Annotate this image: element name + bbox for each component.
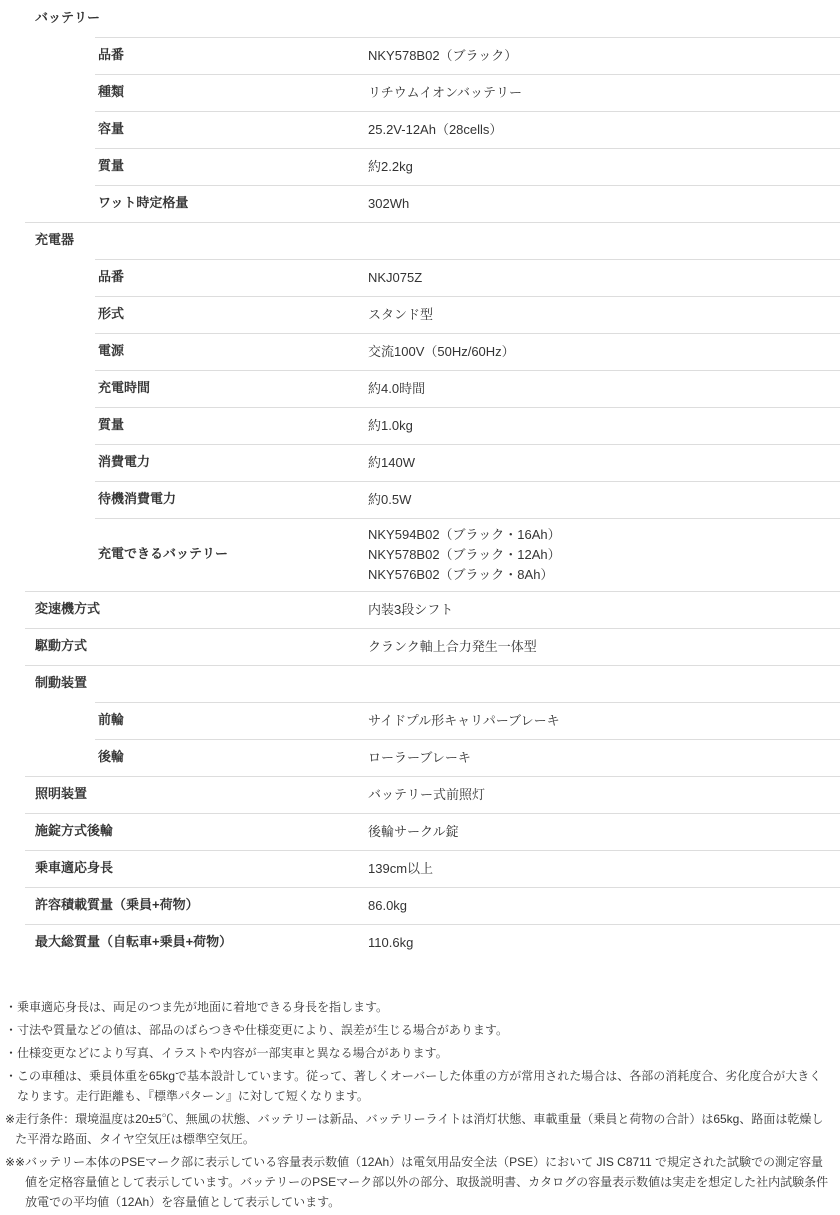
spec-value-line: NKY578B02（ブラック・12Ah） [368, 545, 828, 565]
row-rear-brake: 後輪 ローラーブレーキ [0, 739, 840, 776]
row-gear-shift-system: 変速機方式 内装3段シフト [0, 591, 840, 628]
spec-value: 139cm以上 [368, 859, 840, 879]
row-chargeable-batteries: 充電できるバッテリー NKY594B02（ブラック・16Ah） NKY578B0… [0, 518, 840, 591]
spec-label: 種類 [0, 83, 368, 102]
footnote-text: 寸法や質量などの値は、部品のばらつきや仕様変更により、誤差が生じる場合があります… [17, 1020, 832, 1040]
spec-value: 後輪サークル錠 [368, 822, 840, 842]
spec-value: クランク軸上合力発生一体型 [368, 637, 840, 657]
reference-marker: ※※ [5, 1152, 25, 1212]
spec-value: ローラーブレーキ [368, 748, 840, 768]
row-battery-type: 種類 リチウムイオンバッテリー [0, 74, 840, 111]
spec-label: 前輪 [0, 711, 368, 730]
bullet-marker: ・ [5, 1020, 17, 1040]
spec-label: 形式 [0, 305, 368, 324]
spec-value: 交流100V（50Hz/60Hz） [368, 342, 840, 362]
spec-value: バッテリー式前照灯 [368, 785, 840, 805]
spec-label: ワット時定格量 [0, 194, 368, 213]
row-rider-height: 乗車適応身長 139cm以上 [0, 850, 840, 887]
section-label-charger: 充電器 [0, 231, 368, 250]
row-lighting: 照明装置 バッテリー式前照灯 [0, 776, 840, 813]
footnote-design-weight: ・ この車種は、乗員体重を65kgで基本設計しています。従って、著しくオーバーし… [5, 1066, 832, 1106]
row-lock-system-rear-wheel: 施錠方式後輪 後輪サークル錠 [0, 813, 840, 850]
spec-value: NKJ075Z [368, 268, 840, 288]
section-brakes: 制動装置 [0, 665, 840, 702]
row-battery-weight: 質量 約2.2kg [0, 148, 840, 185]
spec-value: 約4.0時間 [368, 379, 840, 399]
spec-value: サイドプル形キャリパーブレーキ [368, 711, 840, 731]
footnotes: ・ 乗車適応身長は、両足のつま先が地面に着地できる身長を指します。 ・ 寸法や質… [0, 997, 840, 1212]
spec-label: 品番 [0, 46, 368, 65]
reference-marker: ※ [5, 1109, 15, 1149]
spec-value: 約1.0kg [368, 416, 840, 436]
spec-label: 電源 [0, 342, 368, 361]
footnote-driving-conditions: ※ 走行条件：環境温度は20±5℃、無風の状態、バッテリーは新品、バッテリーライ… [5, 1109, 832, 1149]
footnote-text: 仕様変更などにより写真、イラストや内容が一部実車と異なる場合があります。 [17, 1043, 832, 1063]
footnote-text: 走行条件：環境温度は20±5℃、無風の状態、バッテリーは新品、バッテリーライトは… [15, 1109, 832, 1149]
bullet-marker: ・ [5, 1066, 17, 1106]
row-charging-time: 充電時間 約4.0時間 [0, 370, 840, 407]
spec-label: 消費電力 [0, 453, 368, 472]
row-battery-model-number: 品番 NKY578B02（ブラック） [0, 37, 840, 74]
spec-label: 充電時間 [0, 379, 368, 398]
spec-label: 容量 [0, 120, 368, 139]
section-label-brakes: 制動装置 [0, 674, 368, 693]
spec-value: 110.6kg [368, 933, 840, 953]
spec-label: 品番 [0, 268, 368, 287]
spec-value: NKY594B02（ブラック・16Ah） NKY578B02（ブラック・12Ah… [368, 525, 840, 585]
spec-value: 約140W [368, 453, 840, 473]
row-front-brake: 前輪 サイドプル形キャリパーブレーキ [0, 702, 840, 739]
spec-value: 約2.2kg [368, 157, 840, 177]
footnote-text: バッテリー本体のPSEマーク部に表示している容量表示数値（12Ah）は電気用品安… [25, 1152, 832, 1212]
bullet-marker: ・ [5, 1043, 17, 1063]
spec-value: リチウムイオンバッテリー [368, 83, 840, 103]
footnote-rider-height: ・ 乗車適応身長は、両足のつま先が地面に着地できる身長を指します。 [5, 997, 832, 1017]
spec-label: 質量 [0, 416, 368, 435]
section-battery: バッテリー [0, 0, 840, 37]
bullet-marker: ・ [5, 997, 17, 1017]
spec-value: スタンド型 [368, 305, 840, 325]
row-standby-power-consumption: 待機消費電力 約0.5W [0, 481, 840, 518]
footnote-dimension-tolerance: ・ 寸法や質量などの値は、部品のばらつきや仕様変更により、誤差が生じる場合があり… [5, 1020, 832, 1040]
spec-label: 駆動方式 [0, 637, 368, 656]
spec-value: 約0.5W [368, 490, 840, 510]
section-charger: 充電器 [0, 222, 840, 259]
spec-label: 充電できるバッテリー [0, 545, 368, 564]
spec-label: 照明装置 [0, 785, 368, 804]
footnote-text: この車種は、乗員体重を65kgで基本設計しています。従って、著しくオーバーした体… [17, 1066, 832, 1106]
spec-value: 302Wh [368, 194, 840, 214]
spec-label: 変速機方式 [0, 600, 368, 619]
footnote-spec-changes: ・ 仕様変更などにより写真、イラストや内容が一部実車と異なる場合があります。 [5, 1043, 832, 1063]
row-battery-capacity: 容量 25.2V-12Ah（28cells） [0, 111, 840, 148]
spec-value-line: NKY576B02（ブラック・8Ah） [368, 565, 828, 585]
row-charger-power-source: 電源 交流100V（50Hz/60Hz） [0, 333, 840, 370]
row-max-load: 許容積載質量（乗員+荷物） 86.0kg [0, 887, 840, 924]
row-charger-weight: 質量 約1.0kg [0, 407, 840, 444]
footnote-text: 乗車適応身長は、両足のつま先が地面に着地できる身長を指します。 [17, 997, 832, 1017]
spec-value: 内装3段シフト [368, 600, 840, 620]
spec-label: 最大総質量（自転車+乗員+荷物） [0, 933, 368, 952]
footnote-pse-capacity: ※※ バッテリー本体のPSEマーク部に表示している容量表示数値（12Ah）は電気… [5, 1152, 832, 1212]
spec-label: 待機消費電力 [0, 490, 368, 509]
spec-label: 施錠方式後輪 [0, 822, 368, 841]
spec-label: 乗車適応身長 [0, 859, 368, 878]
row-drive-system: 駆動方式 クランク軸上合力発生一体型 [0, 628, 840, 665]
spec-label: 許容積載質量（乗員+荷物） [0, 896, 368, 915]
row-battery-watt-hour-rating: ワット時定格量 302Wh [0, 185, 840, 222]
spec-label: 質量 [0, 157, 368, 176]
spec-value: NKY578B02（ブラック） [368, 46, 840, 66]
row-max-total-weight: 最大総質量（自転車+乗員+荷物） 110.6kg [0, 924, 840, 961]
spec-value-line: NKY594B02（ブラック・16Ah） [368, 525, 828, 545]
row-power-consumption: 消費電力 約140W [0, 444, 840, 481]
spec-label: 後輪 [0, 748, 368, 767]
row-charger-model-number: 品番 NKJ075Z [0, 259, 840, 296]
spec-value: 86.0kg [368, 896, 840, 916]
section-label-battery: バッテリー [0, 9, 368, 28]
spec-table: バッテリー 品番 NKY578B02（ブラック） 種類 リチウムイオンバッテリー… [0, 0, 840, 961]
spec-value: 25.2V-12Ah（28cells） [368, 120, 840, 140]
row-charger-form: 形式 スタンド型 [0, 296, 840, 333]
